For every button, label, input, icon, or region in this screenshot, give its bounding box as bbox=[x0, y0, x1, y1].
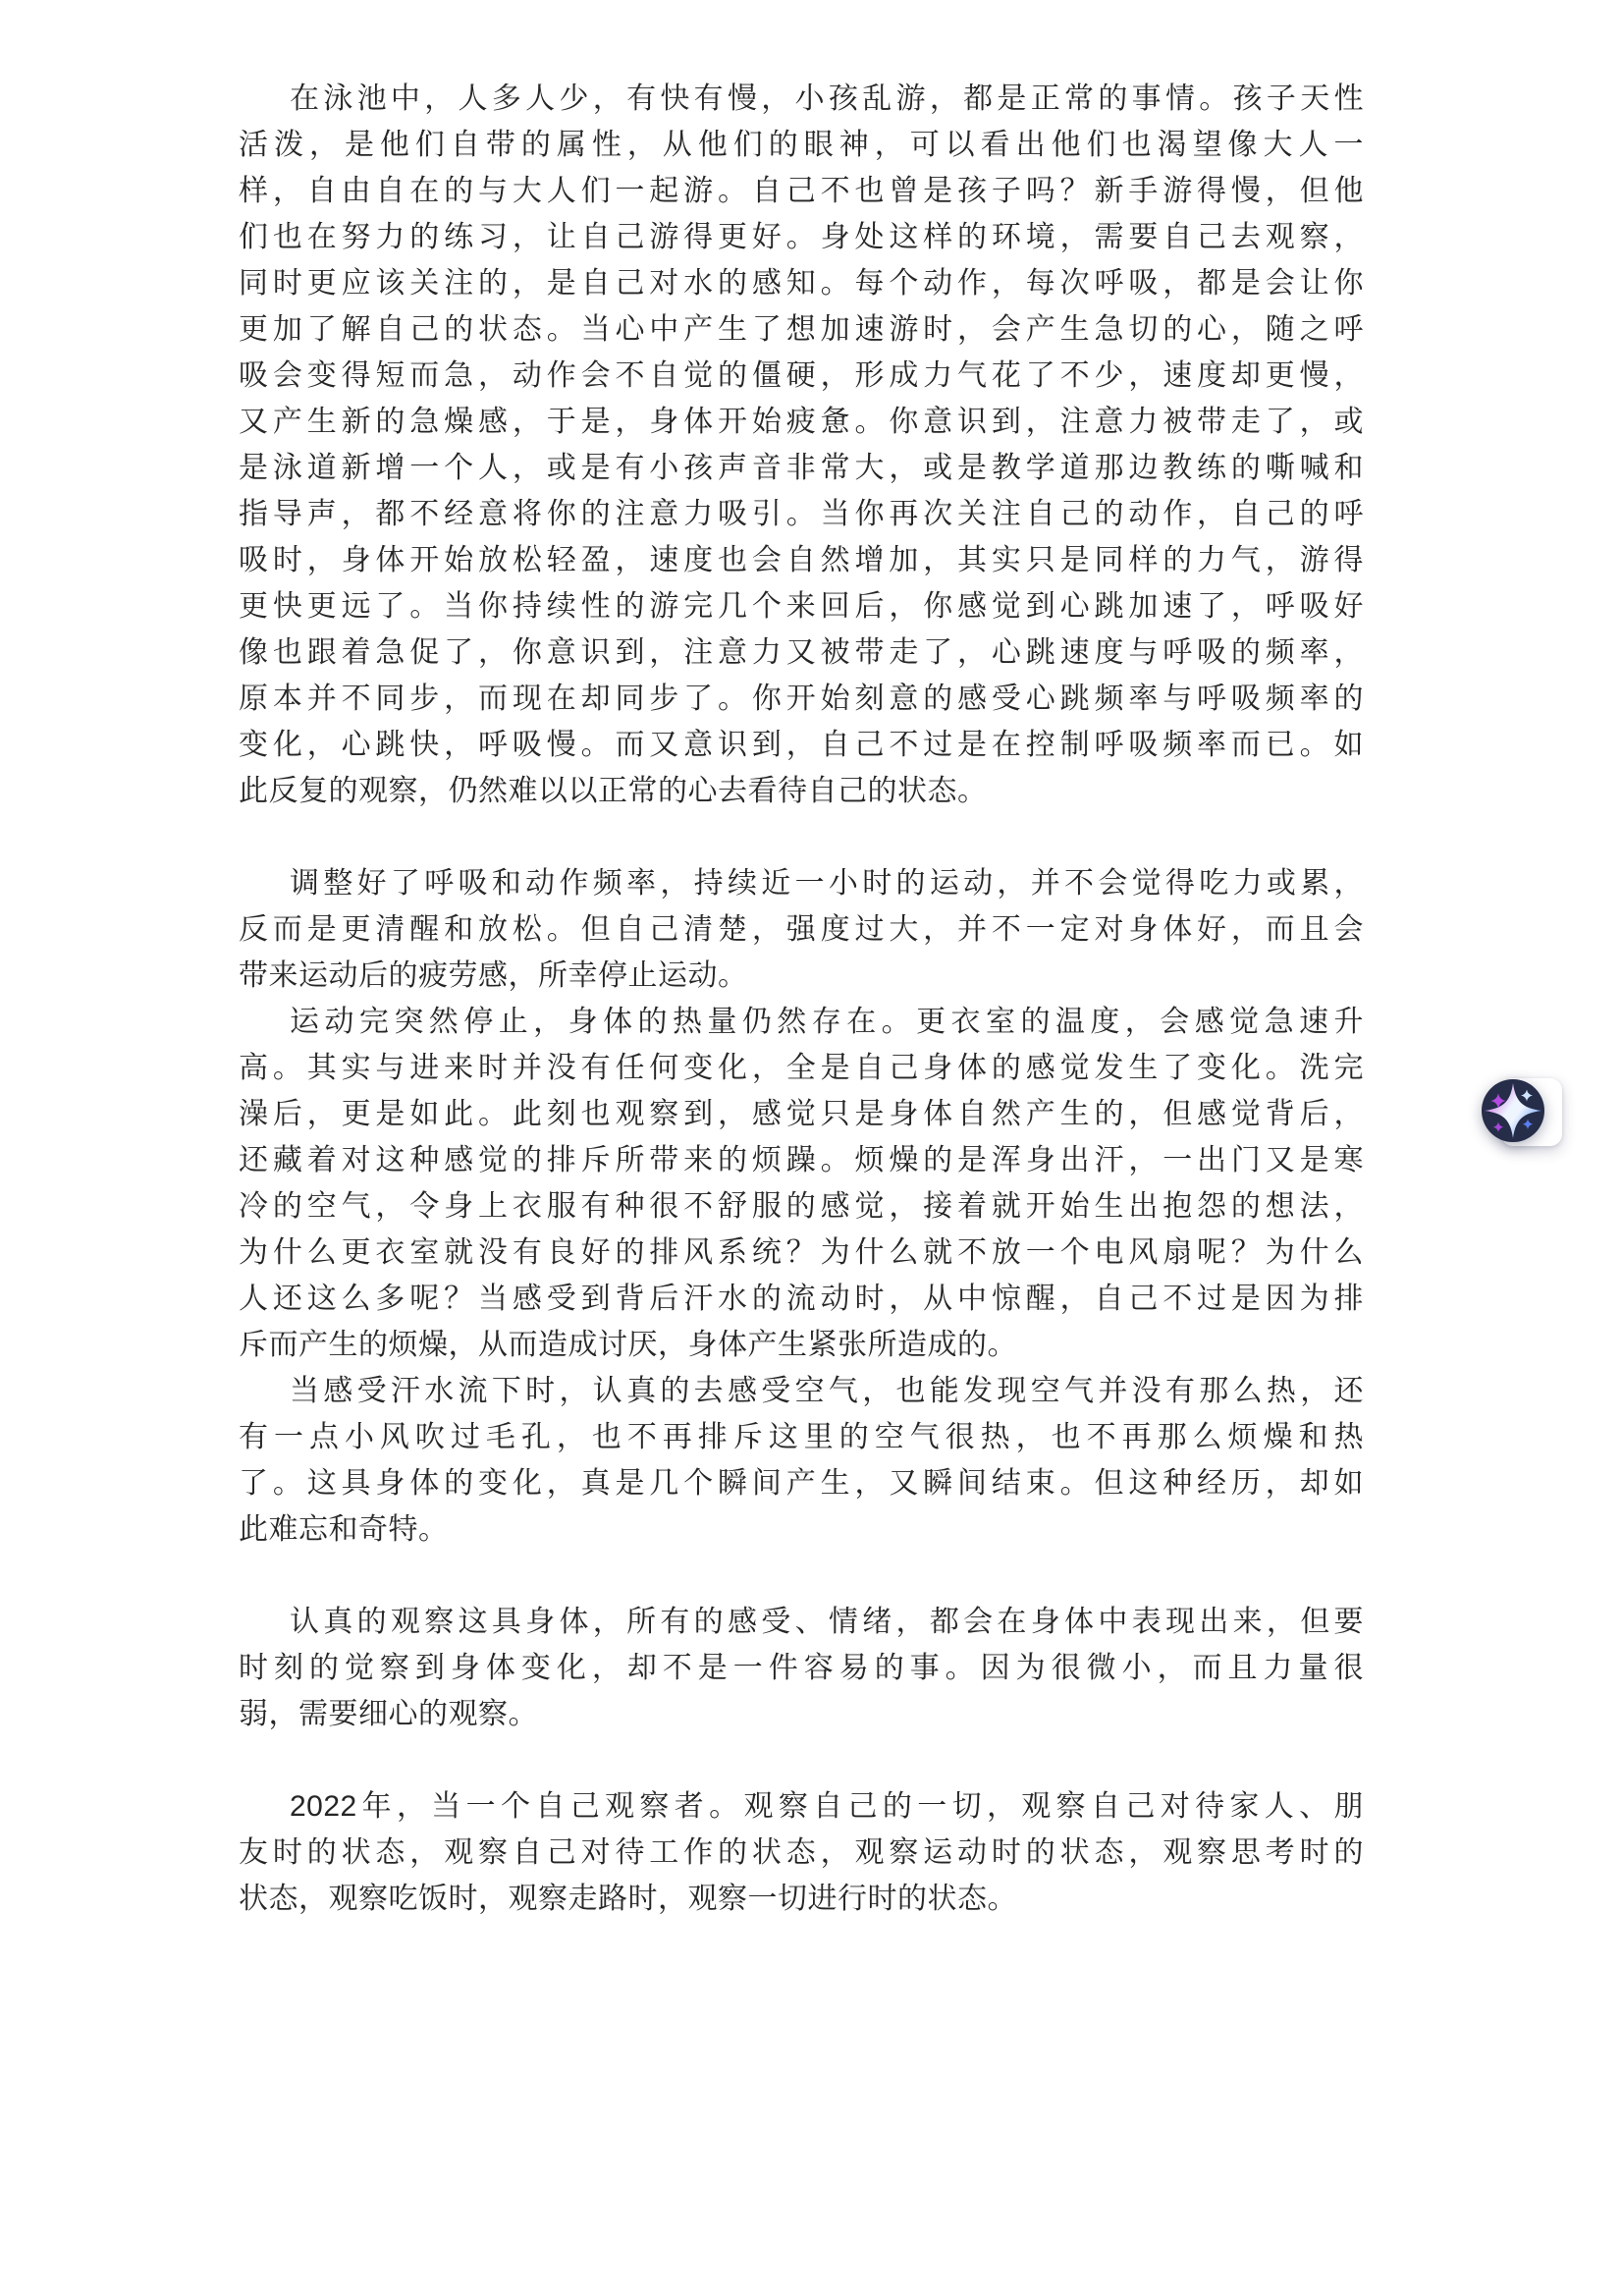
text-line: 反而是更清醒和放松。但自己清楚，强度过大，并不一定对身体好，而且会 bbox=[239, 906, 1364, 953]
text-line: 更快更远了。当你持续性的游完几个来回后，你感觉到心跳加速了，呼吸好 bbox=[239, 583, 1364, 629]
text-line: 更加了解自己的状态。当心中产生了想加速游时，会产生急切的心，随之呼 bbox=[239, 306, 1364, 353]
text-line: 认真的观察这具身体，所有的感受、情绪，都会在身体中表现出来，但要 bbox=[239, 1599, 1364, 1645]
sparkle-icon bbox=[1482, 1079, 1544, 1142]
text-line: 状态，观察吃饭时，观察走路时，观察一切进行时的状态。 bbox=[239, 1876, 1364, 1922]
text-line: 像也跟着急促了，你意识到，注意力又被带走了，心跳速度与呼吸的频率， bbox=[239, 629, 1364, 676]
text-line: 吸时，身体开始放松轻盈，速度也会自然增加，其实只是同样的力气，游得 bbox=[239, 537, 1364, 583]
text-line: 活泼，是他们自带的属性，从他们的眼神，可以看出他们也渴望像大人一 bbox=[239, 122, 1364, 168]
text-line: 时刻的觉察到身体变化，却不是一件容易的事。因为很微小，而且力量很 bbox=[239, 1645, 1364, 1691]
text-line: 2022年，当一个自己观察者。观察自己的一切，观察自己对待家人、朋 bbox=[239, 1783, 1364, 1830]
text-line: 带来运动后的疲劳感，所幸停止运动。 bbox=[239, 953, 1364, 999]
text-line: 们也在努力的练习，让自己游得更好。身处这样的环境，需要自己去观察， bbox=[239, 214, 1364, 260]
paragraph: 运动完突然停止，身体的热量仍然存在。更衣室的温度，会感觉急速升高。其实与进来时并… bbox=[239, 999, 1364, 1368]
text-line: 变化，心跳快，呼吸慢。而又意识到，自己不过是在控制呼吸频率而已。如 bbox=[239, 722, 1364, 768]
text-line: 当感受汗水流下时，认真的去感受空气，也能发现空气并没有那么热，还 bbox=[239, 1368, 1364, 1414]
paragraph: 调整好了呼吸和动作频率，持续近一小时的运动，并不会觉得吃力或累，反而是更清醒和放… bbox=[239, 860, 1364, 999]
text-line: 为什么更衣室就没有良好的排风系统？为什么就不放一个电风扇呢？为什么 bbox=[239, 1230, 1364, 1276]
text-line: 指导声，都不经意将你的注意力吸引。当你再次关注自己的动作，自己的呼 bbox=[239, 491, 1364, 537]
text-line: 还藏着对这种感觉的排斥所带来的烦躁。烦燥的是浑身出汗，一出门又是寒 bbox=[239, 1137, 1364, 1183]
text-line: 此难忘和奇特。 bbox=[239, 1506, 1364, 1553]
text-line: 样，自由自在的与大人们一起游。自己不也曾是孩子吗？新手游得慢，但他 bbox=[239, 168, 1364, 214]
text-line: 运动完突然停止，身体的热量仍然存在。更衣室的温度，会感觉急速升 bbox=[239, 999, 1364, 1045]
text-line: 高。其实与进来时并没有任何变化，全是自己身体的感觉发生了变化。洗完 bbox=[239, 1045, 1364, 1091]
text-line: 又产生新的急燥感，于是，身体开始疲惫。你意识到，注意力被带走了，或 bbox=[239, 399, 1364, 445]
text-line: 友时的状态，观察自己对待工作的状态，观察运动时的状态，观察思考时的 bbox=[239, 1830, 1364, 1876]
text-line: 澡后，更是如此。此刻也观察到，感觉只是身体自然产生的，但感觉背后， bbox=[239, 1091, 1364, 1137]
text-line: 斥而产生的烦燥，从而造成讨厌，身体产生紧张所造成的。 bbox=[239, 1322, 1364, 1368]
text-line: 弱，需要细心的观察。 bbox=[239, 1691, 1364, 1737]
text-line: 人还这么多呢？当感受到背后汗水的流动时，从中惊醒，自己不过是因为排 bbox=[239, 1276, 1364, 1322]
paragraph: 当感受汗水流下时，认真的去感受空气，也能发现空气并没有那么热，还有一点小风吹过毛… bbox=[239, 1368, 1364, 1553]
text-line: 冷的空气，令身上衣服有种很不舒服的感觉，接着就开始生出抱怨的想法， bbox=[239, 1183, 1364, 1230]
paragraph: 2022年，当一个自己观察者。观察自己的一切，观察自己对待家人、朋友时的状态，观… bbox=[239, 1783, 1364, 1922]
text-line: 了。这具身体的变化，真是几个瞬间产生，又瞬间结束。但这种经历，却如 bbox=[239, 1460, 1364, 1506]
text-line: 调整好了呼吸和动作频率，持续近一小时的运动，并不会觉得吃力或累， bbox=[239, 860, 1364, 906]
ai-assistant-button[interactable] bbox=[1482, 1077, 1562, 1148]
text-line: 同时更应该关注的，是自己对水的感知。每个动作，每次呼吸，都是会让你 bbox=[239, 260, 1364, 306]
text-line: 此反复的观察，仍然难以以正常的心去看待自己的状态。 bbox=[239, 768, 1364, 814]
paragraph: 认真的观察这具身体，所有的感受、情绪，都会在身体中表现出来，但要时刻的觉察到身体… bbox=[239, 1599, 1364, 1737]
paragraph: 在泳池中，人多人少，有快有慢，小孩乱游，都是正常的事情。孩子天性活泼，是他们自带… bbox=[239, 76, 1364, 814]
text-line: 是泳道新增一个人，或是有小孩声音非常大，或是教学道那边教练的嘶喊和 bbox=[239, 445, 1364, 491]
article-body: 在泳池中，人多人少，有快有慢，小孩乱游，都是正常的事情。孩子天性活泼，是他们自带… bbox=[239, 76, 1364, 1922]
text-line: 在泳池中，人多人少，有快有慢，小孩乱游，都是正常的事情。孩子天性 bbox=[239, 76, 1364, 122]
text-line: 有一点小风吹过毛孔，也不再排斥这里的空气很热，也不再那么烦燥和热 bbox=[239, 1414, 1364, 1460]
text-line: 吸会变得短而急，动作会不自觉的僵硬，形成力气花了不少，速度却更慢， bbox=[239, 353, 1364, 399]
text-line: 原本并不同步，而现在却同步了。你开始刻意的感受心跳频率与呼吸频率的 bbox=[239, 676, 1364, 722]
